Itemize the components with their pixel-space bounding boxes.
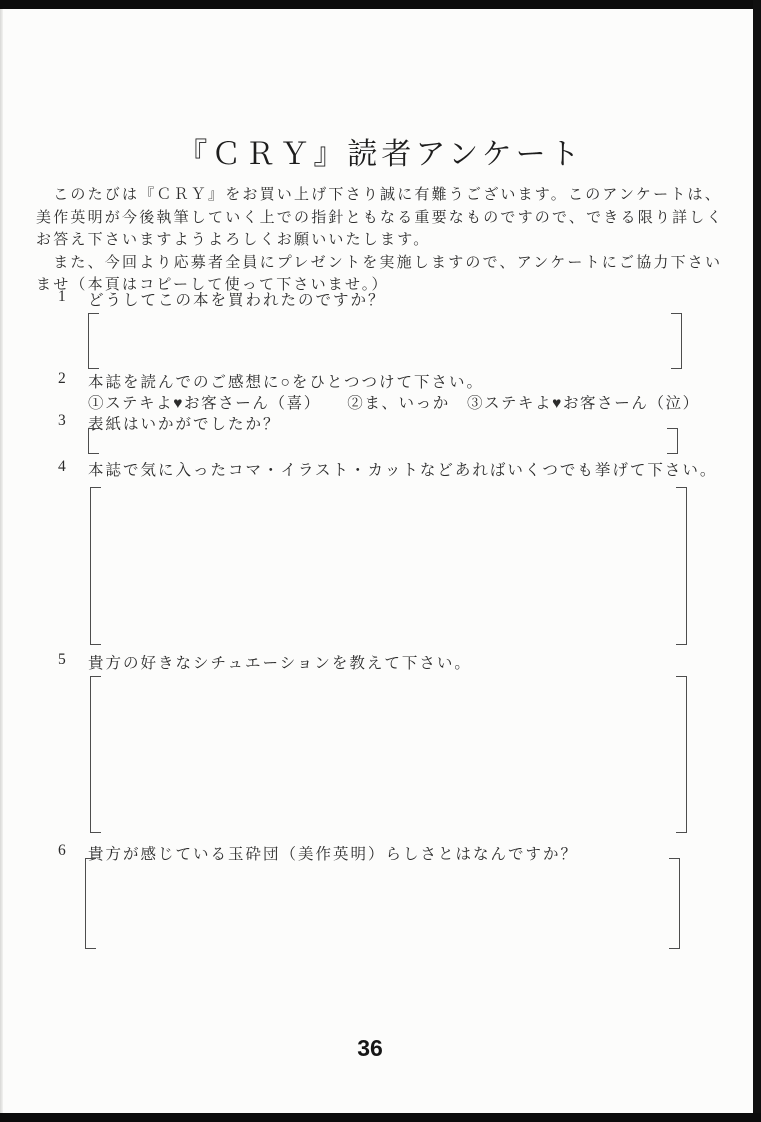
- page-number: 36: [0, 1035, 740, 1062]
- question-1: 1 どうしてこの本を買われたのですか？: [58, 288, 386, 310]
- scan-edge-left: [0, 9, 3, 1113]
- scan-edge-top: [0, 0, 761, 9]
- scanned-page: 『ＣＲＹ』読者アンケート このたびは『ＣＲＹ』をお買い上げ下さり誠に有難うござい…: [0, 0, 761, 1122]
- page-title: 『ＣＲＹ』読者アンケート: [0, 129, 761, 173]
- question-text: どうしてこの本を買われたのですか？: [88, 288, 386, 310]
- question-number: 1: [58, 288, 88, 310]
- question-5: 5 貴方の好きなシチュエーションを教えて下さい。: [58, 651, 472, 673]
- answer-box-5: [90, 676, 687, 833]
- question-2: 2 本誌を読んでのご感想に○をひとつつけて下さい。: [58, 370, 484, 392]
- question-text: 本誌で気に入ったコマ・イラスト・カットなどあればいくつでも挙げて下さい。: [88, 458, 717, 480]
- question-4: 4 本誌で気に入ったコマ・イラスト・カットなどあればいくつでも挙げて下さい。: [58, 458, 717, 480]
- question-text: 本誌を読んでのご感想に○をひとつつけて下さい。: [88, 370, 484, 392]
- question-2-options: ①ステキよ♥お客さーん（喜） ②ま、いっか ③ステキよ♥お客さーん（泣）: [88, 391, 700, 413]
- question-number: 6: [58, 842, 88, 864]
- answer-box-1: [88, 313, 682, 369]
- intro-paragraph: このたびは『ＣＲＹ』をお買い上げ下さり誠に有難うございます。このアンケートは、美…: [36, 184, 732, 297]
- question-number: 4: [58, 458, 88, 480]
- answer-box-3: [88, 428, 678, 454]
- question-number: 3: [58, 412, 88, 434]
- question-number: 5: [58, 651, 88, 673]
- answer-box-6: [85, 858, 680, 949]
- question-text: 貴方の好きなシチュエーションを教えて下さい。: [88, 651, 472, 673]
- question-number: 2: [58, 370, 88, 392]
- scan-edge-bottom: [0, 1113, 761, 1122]
- answer-box-4: [90, 487, 687, 645]
